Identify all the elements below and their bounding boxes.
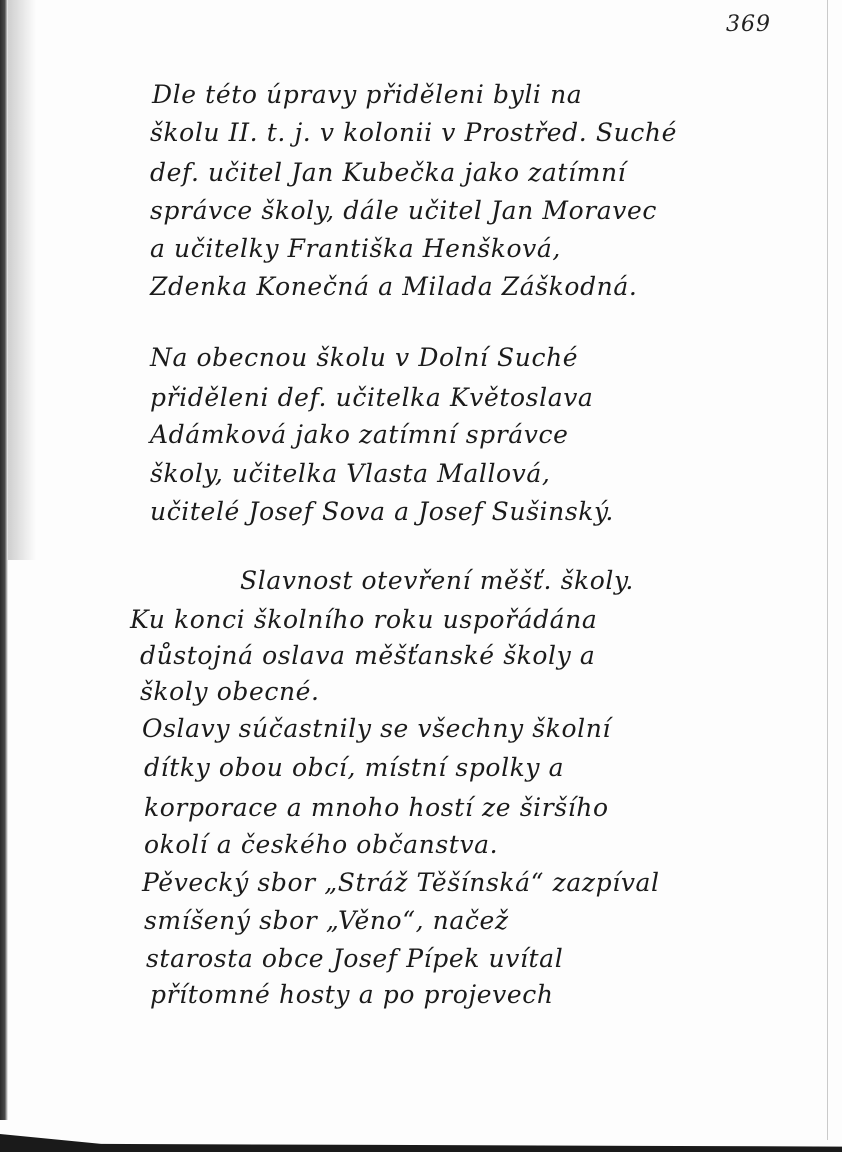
text-line: okolí a českého občanstva. xyxy=(144,832,498,857)
text-line: správce školy, dále učitel Jan Moravec xyxy=(150,198,657,223)
text-line: def. učitel Jan Kubečka jako zatímní xyxy=(150,160,626,185)
text-line: učitelé Josef Sova a Josef Sušinský. xyxy=(150,499,614,524)
text-line: důstojná oslava měšťanské školy a xyxy=(140,643,595,668)
section-heading: Slavnost otevření měšť. školy. xyxy=(240,566,634,595)
text-line: Zdenka Konečná a Milada Záškodná. xyxy=(150,274,637,299)
text-line: přítomné hosty a po projevech xyxy=(150,982,554,1007)
scan-edge-grain xyxy=(8,0,36,560)
text-line: smíšený sbor „Věno“, načež xyxy=(144,908,509,933)
text-line: starosta obce Josef Pípek uvítal xyxy=(146,946,563,971)
page-number: 369 xyxy=(726,12,771,37)
text-line: Oslavy súčastnily se všechny školní xyxy=(142,716,611,741)
text-line: Dle této úpravy přiděleni byli na xyxy=(152,82,582,107)
text-line: Adámková jako zatímní správce xyxy=(150,422,569,447)
page-margin-line xyxy=(827,0,828,1140)
text-line: Pěvecký sbor „Stráž Těšínská“ zazpíval xyxy=(142,870,660,895)
scan-binding-shadow xyxy=(0,0,8,1120)
text-line: a učitelky Františka Henšková, xyxy=(150,236,561,261)
text-line: školu II. t. j. v kolonii v Prostřed. Su… xyxy=(150,120,677,145)
text-line: Ku konci školního roku uspořádána xyxy=(130,607,597,632)
text-line: školy obecné. xyxy=(140,679,320,704)
text-line: přiděleni def. učitelka Květoslava xyxy=(150,385,593,410)
scan-bottom-shadow xyxy=(0,1134,842,1152)
text-line: Na obecnou školu v Dolní Suché xyxy=(150,345,578,370)
text-line: školy, učitelka Vlasta Mallová, xyxy=(150,461,550,486)
scanned-page: 369 Dle této úpravy přiděleni byli na šk… xyxy=(0,0,842,1152)
text-line: dítky obou obcí, místní spolky a xyxy=(144,755,564,780)
text-line: korporace a mnoho hostí ze širšího xyxy=(144,795,609,820)
